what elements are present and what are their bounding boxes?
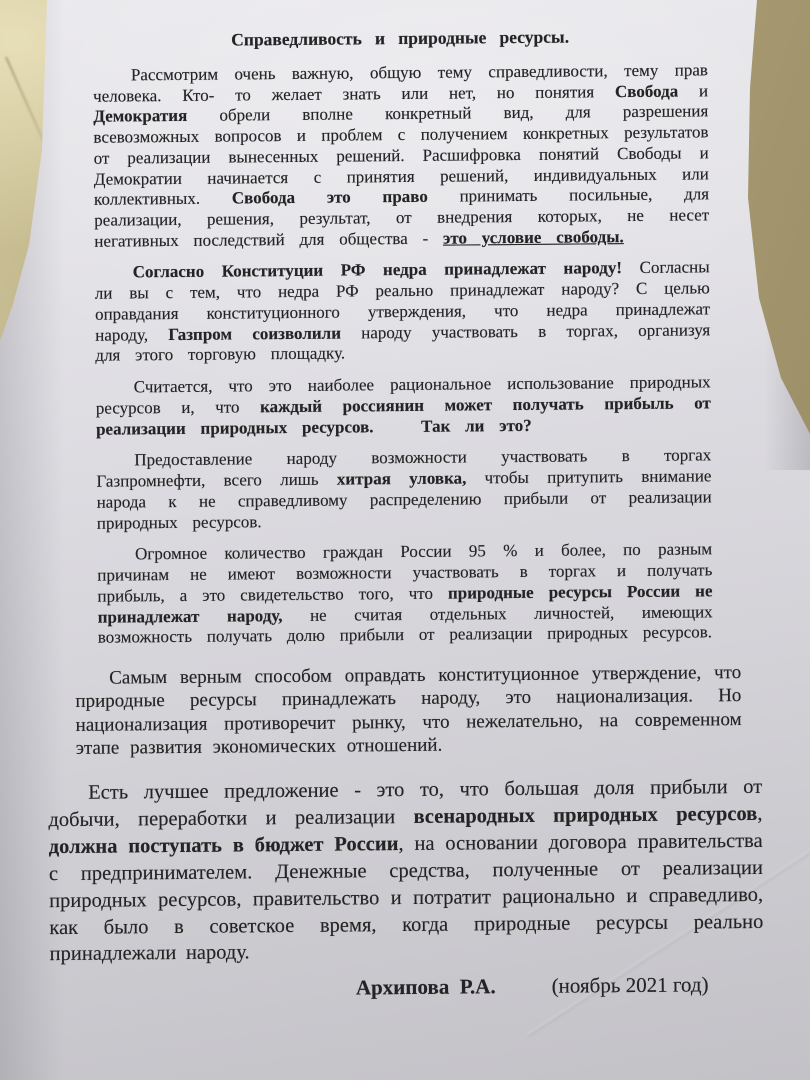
paper-sheet: Справедливость и природные ресурсы. Расс…	[0, 0, 810, 1080]
text-run: всенародных природных ресурсов	[413, 803, 757, 828]
text-run: Демократия	[93, 106, 187, 126]
text-run: и	[678, 81, 708, 100]
signature-date: (ноябрь 2021 год)	[552, 973, 709, 1000]
text-run: должна поступать в бюджет России	[49, 833, 399, 858]
paragraph: Предоставление народу возможности участв…	[96, 446, 712, 534]
text-run: Согласно Конституции РФ недра принадлежа…	[133, 259, 623, 282]
signature-author: Архипова Р.А.	[356, 975, 496, 1001]
text-run: Свобода это право	[232, 187, 428, 208]
text-run: Так ли это?	[421, 416, 532, 436]
text-run: хитрая уловка,	[337, 469, 467, 489]
paragraph: Согласно Конституции РФ недра принадлежа…	[95, 258, 711, 367]
text-run: Свобода	[615, 81, 678, 101]
text-run: ,	[757, 803, 762, 825]
paragraph: Есть лучшее предложение - это то, что бо…	[48, 774, 764, 968]
text-run: Газпром соизволили	[168, 323, 341, 344]
document-body: Рассмотрим очень важную, общую тему спра…	[0, 59, 810, 968]
paragraph: Рассмотрим очень важную, общую тему спра…	[93, 60, 710, 252]
paragraph: Самым верным способом оправдать конститу…	[75, 661, 742, 760]
text-run: Самым верным способом оправдать конститу…	[75, 662, 741, 759]
signature-line: Архипова Р.А. (ноябрь 2021 год)	[356, 972, 810, 1001]
text-run: это условие свободы.	[443, 227, 624, 248]
document-title: Справедливость и природные ресурсы.	[93, 25, 708, 52]
paragraph: Считается, что это наиболее рациональное…	[96, 372, 712, 440]
paragraph: Огромное количество граждан России 95 % …	[97, 540, 713, 649]
photo-of-document: { "surface": { "color": "#b4a77d" }, "pa…	[0, 0, 810, 1080]
document-content: Справедливость и природные ресурсы. Расс…	[0, 0, 810, 1080]
